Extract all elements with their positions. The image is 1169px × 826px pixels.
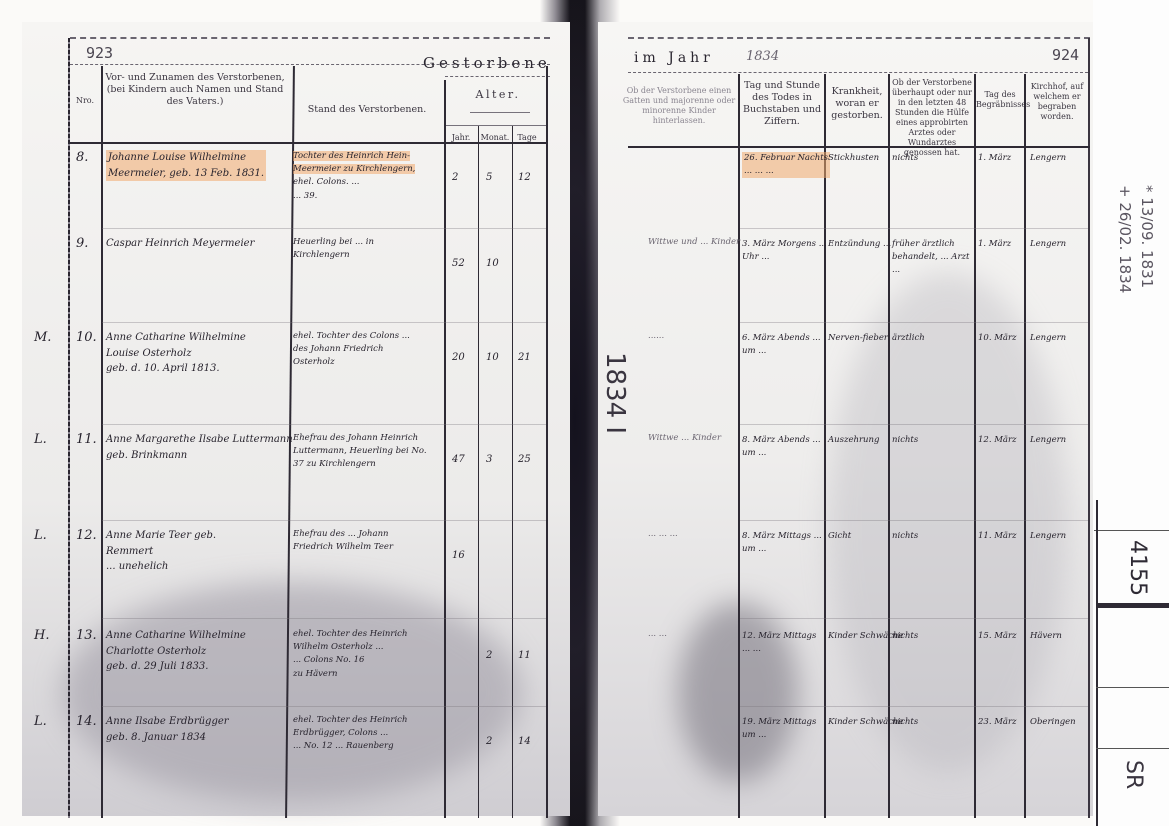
- entry-burial-date: 23. März: [978, 716, 1017, 729]
- row-separator: [740, 706, 1088, 707]
- entry-death-date: 26. Februar Nachts... ... ...: [742, 152, 830, 178]
- entry-death-date: 8. März Abends ...um ...: [742, 434, 821, 460]
- entry-stand: Heuerling bei ... inKirchlengern: [293, 236, 374, 262]
- page-number-left: 923: [86, 44, 113, 62]
- age-months: 2: [486, 648, 492, 664]
- top-rule: [628, 37, 1090, 39]
- right-page: [598, 22, 1093, 816]
- archive-number: 4155: [1125, 540, 1150, 596]
- row-separator: [102, 228, 546, 229]
- col-header-begraebniss: Tag des Begräbnisses: [976, 90, 1024, 110]
- age-years: 2: [452, 170, 458, 186]
- alter-flourish: [470, 112, 530, 113]
- year-label: im Jahr: [634, 50, 714, 66]
- col-header-nro: Nro.: [70, 96, 100, 106]
- entry-disease: Auszehrung: [828, 434, 879, 447]
- entry-medical-aid: nichts: [892, 630, 918, 643]
- col-header-name: Vor- und Zunamen des Verstorbenen, (bei …: [104, 72, 286, 108]
- left-page-border: [68, 38, 70, 818]
- row-separator: [740, 228, 1088, 229]
- entry-number: 9.: [76, 236, 88, 251]
- entry-name: Anne Catharine WilhelmineLouise Osterhol…: [106, 330, 246, 377]
- entry-number: 13.: [76, 628, 97, 643]
- margin-mark: M.: [34, 330, 51, 345]
- margin-mark: L.: [34, 714, 47, 729]
- entry-death-date: 19. März Mittagsum ...: [742, 716, 816, 742]
- entry-burial-date: 1. März: [978, 152, 1011, 165]
- gutter-year-note: 1834 I: [600, 352, 630, 434]
- col-header-alter: Alter.: [448, 88, 548, 102]
- entry-cemetery: Lengern: [1030, 238, 1066, 251]
- entry-cemetery: Hävern: [1030, 630, 1062, 643]
- entry-survivors: ... ... ...: [648, 528, 678, 541]
- archive-rule: [1096, 748, 1169, 749]
- entry-name: Anne Catharine WilhelmineCharlotte Oster…: [106, 628, 246, 675]
- entry-medical-aid: früher ärztlich behandelt, ... Arzt ...: [892, 238, 972, 278]
- margin-mark: L.: [34, 528, 47, 543]
- archive-rule: [1094, 530, 1169, 531]
- entry-number: 14.: [76, 714, 97, 729]
- archive-tab: [1093, 0, 1169, 826]
- age-days: 25: [518, 452, 531, 468]
- age-days: 11: [518, 648, 531, 664]
- col-divider: [546, 66, 548, 818]
- entry-burial-date: 15. März: [978, 630, 1017, 643]
- row-separator: [102, 618, 546, 619]
- entry-disease: Entzündung ...: [828, 238, 891, 251]
- age-years: 20: [452, 350, 465, 366]
- row-separator: [740, 520, 1088, 521]
- col-divider: [444, 80, 446, 818]
- archive-rule: [1096, 687, 1169, 688]
- entry-name: Caspar Heinrich Meyermeier: [106, 236, 254, 252]
- entry-medical-aid: nichts: [892, 152, 918, 165]
- archive-bar-thick: [1096, 603, 1169, 608]
- right-page-border: [1088, 38, 1090, 818]
- entry-survivors: ......: [648, 330, 664, 343]
- page-number-right: 924: [1052, 46, 1079, 64]
- entry-cemetery: Lengern: [1030, 152, 1066, 165]
- entry-medical-aid: nichts: [892, 530, 918, 543]
- entry-name: Anne Marie Teer geb.Remmert... unehelich: [106, 528, 216, 575]
- entry-number: 8.: [76, 150, 88, 165]
- scan-shadow: [62, 582, 522, 802]
- col-header-kirchhof: Kirchhof, auf welchem er begraben worden…: [1026, 82, 1088, 122]
- entry-burial-date: 10. März: [978, 332, 1017, 345]
- age-months: 10: [486, 256, 499, 272]
- entry-name: Johanne Louise WilhelmineMeermeier, geb.…: [106, 150, 266, 181]
- entry-stand: ehel. Tochter des Colons ...des Johann F…: [293, 330, 410, 370]
- entry-death-date: 3. März Morgens ...Uhr ...: [742, 238, 827, 264]
- entry-medical-aid: nichts: [892, 716, 918, 729]
- header-bottom-rule: [628, 146, 1090, 148]
- section-title: Gestorbene: [423, 54, 551, 72]
- entry-stand: Ehefrau des Johann HeinrichLuttermann, H…: [293, 432, 427, 472]
- entry-name: Anne Margarethe Ilsabe Luttermanngeb. Br…: [106, 432, 293, 463]
- entry-number: 12.: [76, 528, 97, 543]
- age-months: 3: [486, 452, 492, 468]
- header-bottom-rule: [70, 142, 548, 144]
- age-years: 52: [452, 256, 465, 272]
- row-separator: [102, 706, 546, 707]
- entry-death-date: 12. März Mittags... ...: [742, 630, 816, 656]
- death-date-note: + 26/02. 1834: [1116, 185, 1134, 293]
- entry-death-date: 8. März Mittags ...um ...: [742, 530, 822, 556]
- entry-stand: ehel. Tochter des HeinrichWilhelm Osterh…: [293, 628, 407, 681]
- col-header-tag-stunde: Tag und Stunde des Todes in Buchstaben u…: [740, 80, 824, 128]
- entry-stand: Ehefrau des ... JohannFriedrich Wilhelm …: [293, 528, 393, 554]
- age-days: 12: [518, 170, 531, 186]
- entry-medical-aid: ärztlich: [892, 332, 925, 345]
- row-separator: [102, 520, 546, 521]
- entry-name: Anne Ilsabe Erdbrüggergeb. 8. Januar 183…: [106, 714, 229, 745]
- age-months: 5: [486, 170, 492, 186]
- margin-mark: H.: [34, 628, 49, 643]
- entry-survivors: Wittwe und ... Kinder: [648, 236, 740, 249]
- entry-cemetery: Lengern: [1030, 530, 1066, 543]
- entry-number: 10.: [76, 330, 97, 345]
- entry-burial-date: 1. März: [978, 238, 1011, 251]
- year-value: 1834: [746, 47, 779, 67]
- row-separator: [740, 424, 1088, 425]
- entry-cemetery: Oberingen: [1030, 716, 1076, 729]
- top-rule: [70, 37, 550, 39]
- entry-disease: Nerven-fieber: [828, 332, 888, 345]
- age-years: 16: [452, 548, 465, 564]
- entry-burial-date: 11. März: [978, 530, 1017, 543]
- entry-medical-aid: nichts: [892, 434, 918, 447]
- age-days: 21: [518, 350, 531, 366]
- header-rule: [628, 72, 1088, 73]
- scan-shadow: [828, 272, 1068, 772]
- entry-cemetery: Lengern: [1030, 434, 1066, 447]
- archive-code: SR: [1121, 760, 1146, 789]
- entry-survivors: Wittwe ... Kinder: [648, 432, 721, 445]
- entry-number: 11.: [76, 432, 97, 447]
- row-separator: [102, 322, 546, 323]
- age-months: 10: [486, 350, 499, 366]
- age-days: 14: [518, 734, 531, 750]
- col-header-stand: Stand des Verstorbenen.: [292, 104, 442, 116]
- entry-disease: Stickhusten: [828, 152, 879, 165]
- col-header-hinterlassen: Ob der Verstorbene einen Gatten und majo…: [622, 86, 736, 126]
- row-separator: [740, 618, 1088, 619]
- birth-date-note: * 13/09. 1831: [1138, 185, 1156, 288]
- entry-cemetery: Lengern: [1030, 332, 1066, 345]
- header-rule-short: [445, 76, 550, 77]
- entry-stand: Tochter des Heinrich Hein-Meermeier zu K…: [293, 150, 415, 203]
- age-years: 47: [452, 452, 465, 468]
- age-months: 2: [486, 734, 492, 750]
- archive-edge: [1096, 500, 1098, 826]
- entry-burial-date: 12. März: [978, 434, 1017, 447]
- entry-disease: Gicht: [828, 530, 851, 543]
- margin-mark: L.: [34, 432, 47, 447]
- row-separator: [102, 424, 546, 425]
- row-separator: [740, 322, 1088, 323]
- alter-sub-rule: [446, 125, 546, 126]
- entry-stand: ehel. Tochter des HeinrichErdbrügger, Co…: [293, 714, 407, 754]
- entry-survivors: ... ...: [648, 628, 667, 641]
- col-header-krankheit: Krankheit, woran er gestorben.: [826, 86, 888, 122]
- entry-death-date: 6. März Abends ...um ...: [742, 332, 821, 358]
